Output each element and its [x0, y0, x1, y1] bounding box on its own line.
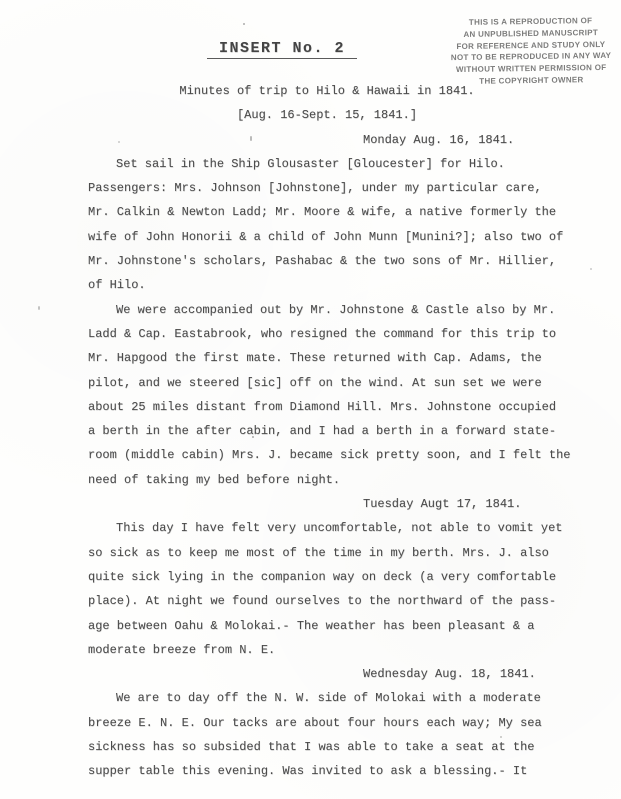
document-line: Minutes of trip to Hilo & Hawaii in 1841… — [88, 79, 566, 103]
scan-speck — [590, 268, 592, 270]
document-line: This day I have felt very uncomfortable,… — [88, 516, 588, 540]
document-line: Mr. Calkin & Newton Ladd; Mr. Moore & wi… — [88, 200, 588, 224]
document-line: pilot, and we steered [sic] off on the w… — [88, 371, 588, 395]
document-line: room (middle cabin) Mrs. J. became sick … — [88, 443, 588, 467]
document-line: age between Oahu & Molokai.- The weather… — [88, 614, 588, 638]
document-line: supper table this evening. Was invited t… — [88, 759, 588, 783]
scan-speck — [118, 141, 120, 143]
document-line: Tuesday Augt 17, 1841. — [88, 492, 588, 516]
document-line: of Hilo. — [88, 273, 588, 297]
document-body: Minutes of trip to Hilo & Hawaii in 1841… — [88, 79, 588, 784]
scan-speck — [252, 436, 254, 438]
document-line: moderate breeze from N. E. — [88, 638, 588, 662]
document-line: Monday Aug. 16, 1841. — [88, 128, 588, 152]
document-line: Mr. Johnstone's scholars, Pashabac & the… — [88, 249, 588, 273]
document-line: Ladd & Cap. Eastabrook, who resigned the… — [88, 322, 588, 346]
scanned-manuscript-page: THIS IS A REPRODUCTION OFAN UNPUBLISHED … — [0, 0, 621, 799]
document-line: place). At night we found ourselves to t… — [88, 589, 588, 613]
scan-speck — [243, 23, 245, 25]
document-line: We are to day off the N. W. side of Molo… — [88, 686, 588, 710]
copyright-stamp: THIS IS A REPRODUCTION OFAN UNPUBLISHED … — [446, 15, 617, 88]
scan-speck — [38, 306, 40, 310]
scan-speck — [250, 136, 252, 141]
document-line: a berth in the after cabin, and I had a … — [88, 419, 588, 443]
document-line: quite sick lying in the companion way on… — [88, 565, 588, 589]
scan-speck — [420, 622, 422, 624]
document-line: wife of John Honorii & a child of John M… — [88, 225, 588, 249]
document-line: about 25 miles distant from Diamond Hill… — [88, 395, 588, 419]
document-line: Mr. Hapgood the first mate. These return… — [88, 346, 588, 370]
document-line: Passengers: Mrs. Johnson [Johnstone], un… — [88, 176, 588, 200]
document-line: need of taking my bed before night. — [88, 468, 588, 492]
document-line: Wednesday Aug. 18, 1841. — [88, 662, 588, 686]
scan-speck — [500, 736, 502, 738]
document-line: We were accompanied out by Mr. Johnstone… — [88, 298, 588, 322]
document-line: breeze E. N. E. Our tacks are about four… — [88, 711, 588, 735]
page-title: INSERT No. 2 — [207, 40, 357, 59]
document-line: Set sail in the Ship Glousaster [Glouces… — [88, 152, 588, 176]
document-line: [Aug. 16-Sept. 15, 1841.] — [88, 103, 566, 127]
document-line: sickness has so subsided that I was able… — [88, 735, 588, 759]
document-line: so sick as to keep me most of the time i… — [88, 541, 588, 565]
